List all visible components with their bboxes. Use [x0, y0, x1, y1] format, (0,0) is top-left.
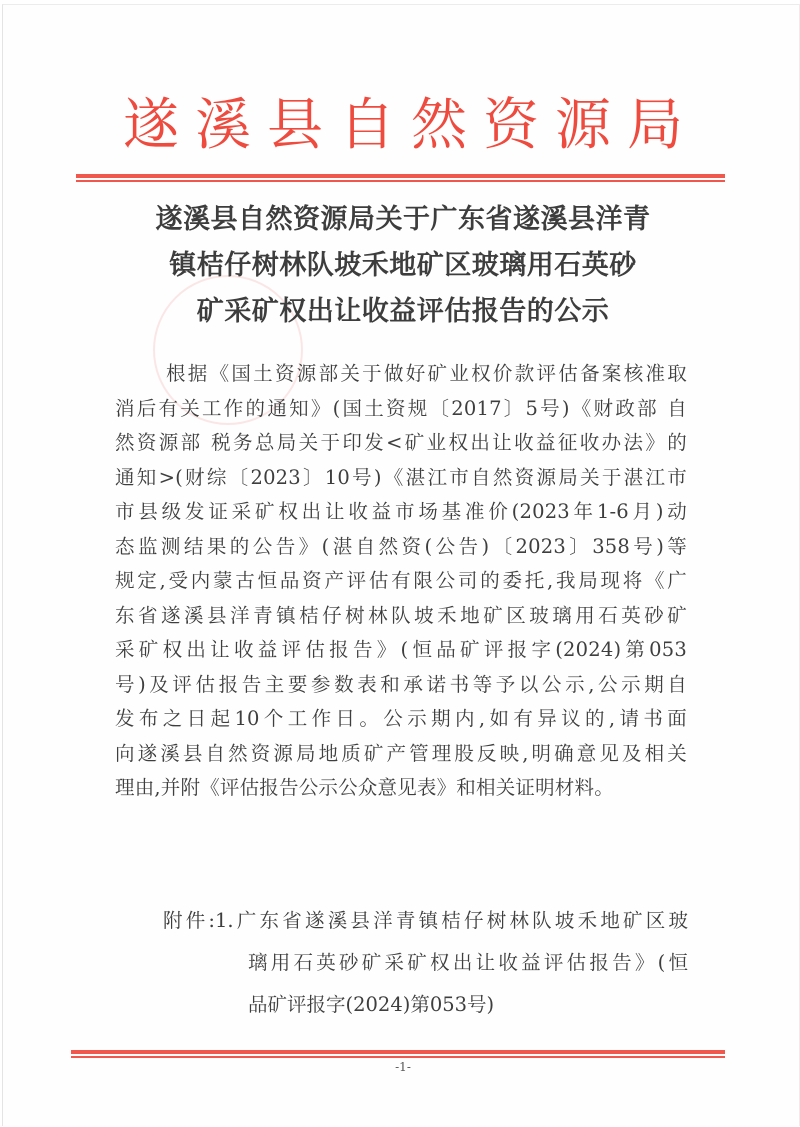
footer-double-rule — [71, 1050, 725, 1058]
header-double-rule — [76, 174, 725, 182]
body-line: 然资源部 税务总局关于印发<矿业权出让收益征收办法》的 — [115, 426, 687, 461]
issuer-masthead: 遂溪县自然资源局 — [3, 93, 800, 159]
attachment-line: 广东省遂溪县洋青镇桔仔树林队坡禾地矿区玻 — [234, 909, 688, 932]
body-line: 东省遂溪县洋青镇桔仔树林队坡禾地矿区玻璃用石英砂矿 — [115, 599, 687, 634]
attachment-line: 璃用石英砂矿采矿权出让收益评估报告》(恒 — [248, 942, 688, 984]
page-number: -1- — [3, 1060, 800, 1074]
body-line: 采矿权出让收益评估报告》(恒品矿评报字(2024)第053 — [115, 633, 687, 668]
body-line: 态监测结果的公告》(湛自然资(公告)〔2023〕358号)等 — [115, 530, 687, 565]
title-line: 镇桔仔树林队坡禾地矿区玻璃用石英砂 — [3, 243, 800, 289]
body-line: 理由,并附《评估报告公示公众意见表》和相关证明材料。 — [115, 771, 687, 806]
attachment-item-1: 附件:1.广东省遂溪县洋青镇桔仔树林队坡禾地矿区玻 — [163, 900, 688, 942]
title-line: 矿采矿权出让收益评估报告的公示 — [3, 289, 800, 335]
body-line: 通知>(财综〔2023〕10号)《湛江市自然资源局关于湛江市 — [115, 461, 687, 496]
title-line: 遂溪县自然资源局关于广东省遂溪县洋青 — [3, 197, 800, 243]
body-line: 消后有关工作的通知》(国土资规〔2017〕5号)《财政部 自 — [115, 392, 687, 427]
body-line: 号)及评估报告主要参数表和承诺书等予以公示,公示期自 — [115, 668, 687, 703]
notice-title: 遂溪县自然资源局关于广东省遂溪县洋青 镇桔仔树林队坡禾地矿区玻璃用石英砂 矿采矿… — [3, 197, 800, 335]
notice-body: 根据《国土资源部关于做好矿业权价款评估备案核准取 消后有关工作的通知》(国土资规… — [115, 357, 687, 806]
body-line: 向遂溪县自然资源局地质矿产管理股反映,明确意见及相关 — [115, 737, 687, 772]
attachment-number: 1. — [215, 909, 234, 932]
body-line: 根据《国土资源部关于做好矿业权价款评估备案核准取 — [115, 357, 687, 392]
document-page: 遂溪县自然资源局 遂溪县自然资源局关于广东省遂溪县洋青 镇桔仔树林队坡禾地矿区玻… — [2, 4, 800, 1126]
attachment-label: 附件: — [163, 909, 215, 932]
body-line: 市县级发证采矿权出让收益市场基准价(2023年1-6月)动 — [115, 495, 687, 530]
body-line: 规定,受内蒙古恒品资产评估有限公司的委托,我局现将《广 — [115, 564, 687, 599]
body-line: 发布之日起10个工作日。公示期内,如有异议的,请书面 — [115, 702, 687, 737]
attachment-line: 品矿评报字(2024)第053号) — [248, 984, 494, 1026]
